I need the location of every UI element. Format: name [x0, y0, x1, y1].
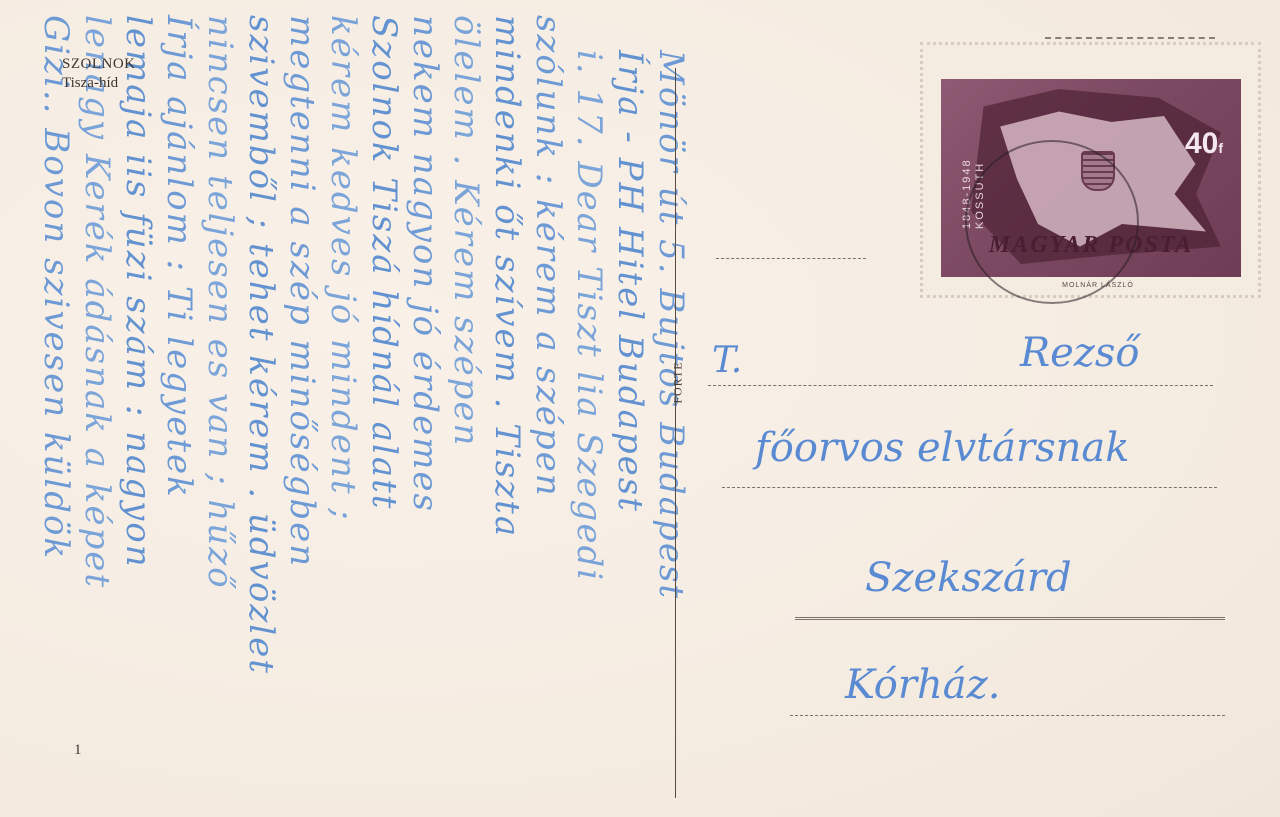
message-line: megtenni a szép minőségben	[282, 15, 322, 568]
message-line: kérem kedves jó mindent ;	[323, 15, 363, 522]
message-line: i. 17. Dear Tiszt lia Szegedi	[569, 50, 609, 582]
message-line: lenagy Kerék ádásnak a képet	[77, 15, 117, 589]
message-line: Gizi.. Bovon szivesen küldök	[36, 15, 76, 560]
address-line-0	[716, 258, 866, 259]
publisher-label: FORTE	[671, 353, 686, 413]
stamp-value-unit: f	[1218, 140, 1223, 156]
message-line: szivemből ; tehet kérem . üdvözlet	[241, 15, 281, 675]
message-line: Írja ajánlom : Ti legyetek	[159, 15, 199, 499]
address-line-4	[790, 715, 1225, 716]
address-line-1-text: Rezső	[1020, 330, 1139, 376]
stamp-value-number: 40	[1185, 127, 1218, 160]
address-line-3-text: Szekszárd	[865, 555, 1072, 601]
stamp-top-dash	[1045, 37, 1215, 39]
message-line: nincsen teljesen es van ; hűző	[200, 15, 240, 590]
message-line: Szolnok Tiszá hídnál alatt	[364, 15, 404, 510]
caption-place: SZOLNOK	[62, 55, 136, 74]
message-line: ölelem . Kérem szépen	[446, 15, 486, 447]
address-line-3	[795, 617, 1225, 620]
card-number: 1	[74, 742, 82, 759]
message-line: mindenki őt szívem . Tiszta	[487, 15, 527, 538]
address-line-2	[722, 487, 1217, 488]
center-divider-line	[675, 68, 676, 798]
address-line-2-text: főorvos elvtársnak	[755, 425, 1130, 471]
stamp-value: 40f	[1185, 127, 1223, 161]
message-line: nekem nagyon jó érdemes	[405, 15, 445, 513]
message-line: szólunk : kérem a szépen	[528, 15, 568, 498]
postcard-back: Gizi.. Bovon szivesen küldöklenagy Kerék…	[0, 0, 1280, 817]
printed-caption: SZOLNOK Tisza-híd	[62, 55, 136, 93]
address-line-1	[708, 385, 1213, 386]
message-line: Írja - PH Hitel Budapest	[610, 50, 650, 513]
caption-subject: Tisza-híd	[62, 74, 136, 93]
address-line-4-text: Kórház.	[845, 662, 1000, 708]
message-line: Mönör út 5. Bujtos Budapest	[651, 50, 691, 600]
handwritten-message: Gizi.. Bovon szivesen küldöklenagy Kerék…	[0, 0, 720, 817]
postmark-icon	[965, 140, 1139, 304]
message-line: lemaja iis füzi szám : nagyon	[118, 15, 158, 569]
